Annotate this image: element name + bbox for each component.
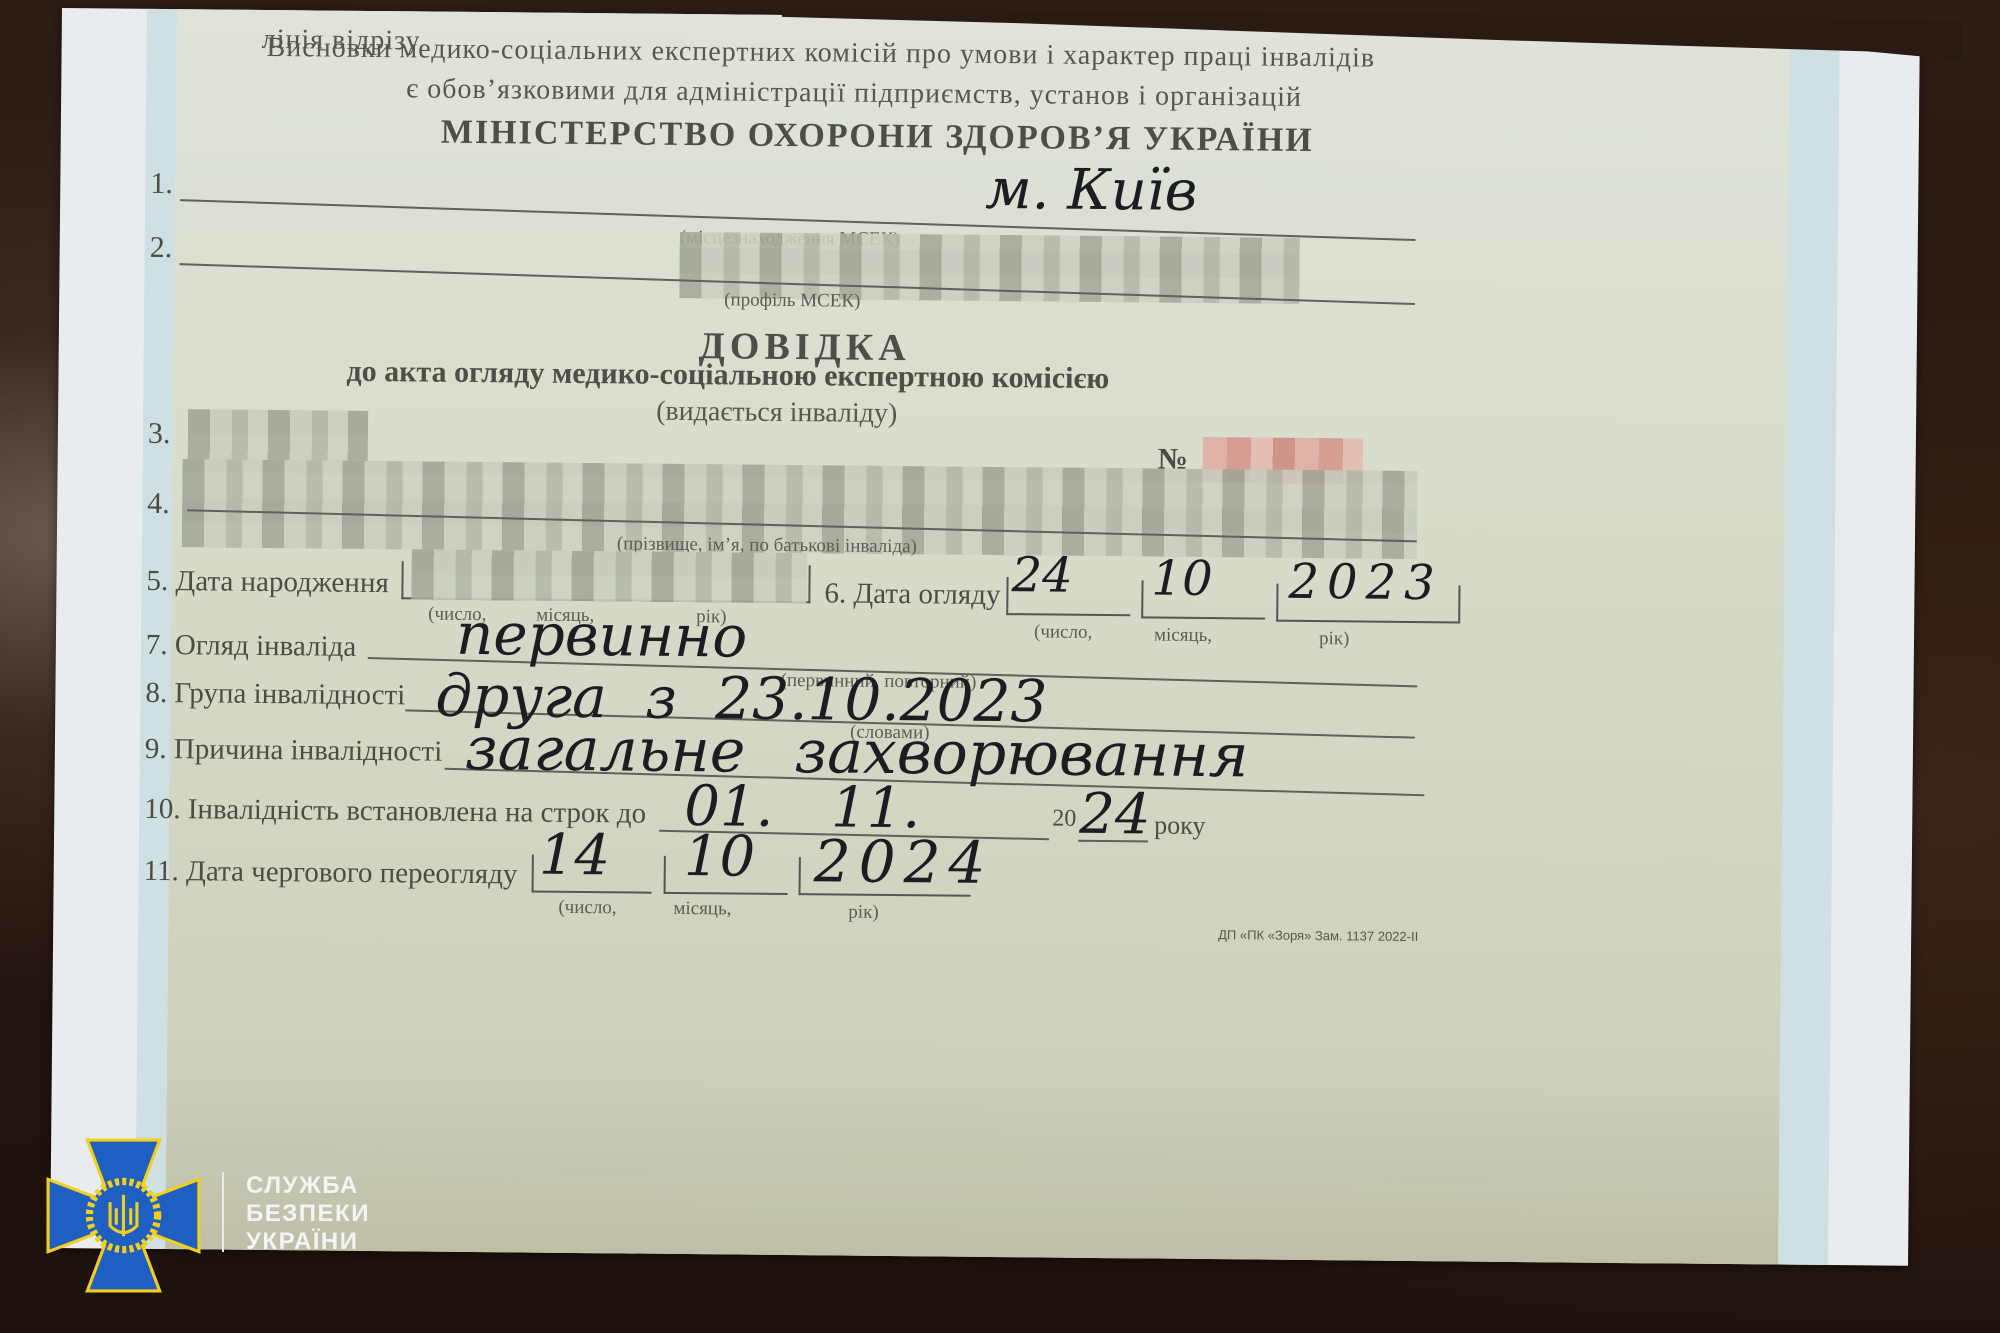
field-1-value: м. Київ [985,157,1198,224]
field-10-year-prefix: 20 [1052,806,1076,833]
issued-to-note: (видається інваліду) [656,396,897,430]
sbu-cross-emblem-icon [46,1138,201,1293]
field-3-number: 3. [148,417,171,451]
field-8-label: 8. Група інвалідності [145,677,405,712]
field-11-day: 14 [539,823,611,889]
wordmark-line-1: СЛУЖБА [246,1172,370,1200]
field-6-caption-day: (число, [1034,621,1092,644]
field-6-caption-month: місяць, [1154,625,1212,648]
field-9-label: 9. Причина інвалідності [145,733,443,769]
logo-divider [222,1172,224,1252]
wordmark-line-3: УКРАЇНИ [246,1228,370,1256]
field-11-caption-month: місяць, [673,898,731,921]
printer-mark: ДП «ПК «Зоря» Зам. 1137 2022-II [1218,927,1418,944]
field-11-caption-day: (число, [558,897,616,920]
sbu-wordmark: СЛУЖБА БЕЗПЕКИ УКРАЇНИ [246,1172,370,1256]
field-11-year: 2024 [814,827,994,897]
field-10-year-suffix: 24 [1079,782,1151,848]
field-3-redacted-value [188,409,368,461]
document-sheet: лінія відрізу Висновки медико-соціальних… [50,8,1920,1266]
field-6-caption-year: рік) [1319,628,1350,650]
field-2-number: 2. [150,231,173,265]
field-5-redacted-value [411,549,806,603]
field-11-caption-year: рік) [848,902,879,924]
field-1-number: 1. [150,167,173,201]
field-5-label: 5. Дата народження [146,565,389,600]
field-6-day: 24 [1011,547,1073,604]
field-6-year: 2023 [1288,554,1443,611]
field-6-month: 10 [1151,550,1213,607]
wordmark-line-2: БЕЗПЕКИ [246,1200,370,1228]
field-2-caption: (профіль МСЕК) [724,289,860,312]
field-6-label: 6. Дата огляду [824,577,1000,612]
field-11-month: 10 [684,824,756,890]
field-7-value: первинно [456,600,748,671]
field-10-year-word: року [1154,811,1206,841]
field-4-number: 4. [147,487,170,521]
field-11-label: 11. Дата чергового переогляду [144,855,518,892]
field-7-label: 7. Огляд інваліда [146,629,357,664]
